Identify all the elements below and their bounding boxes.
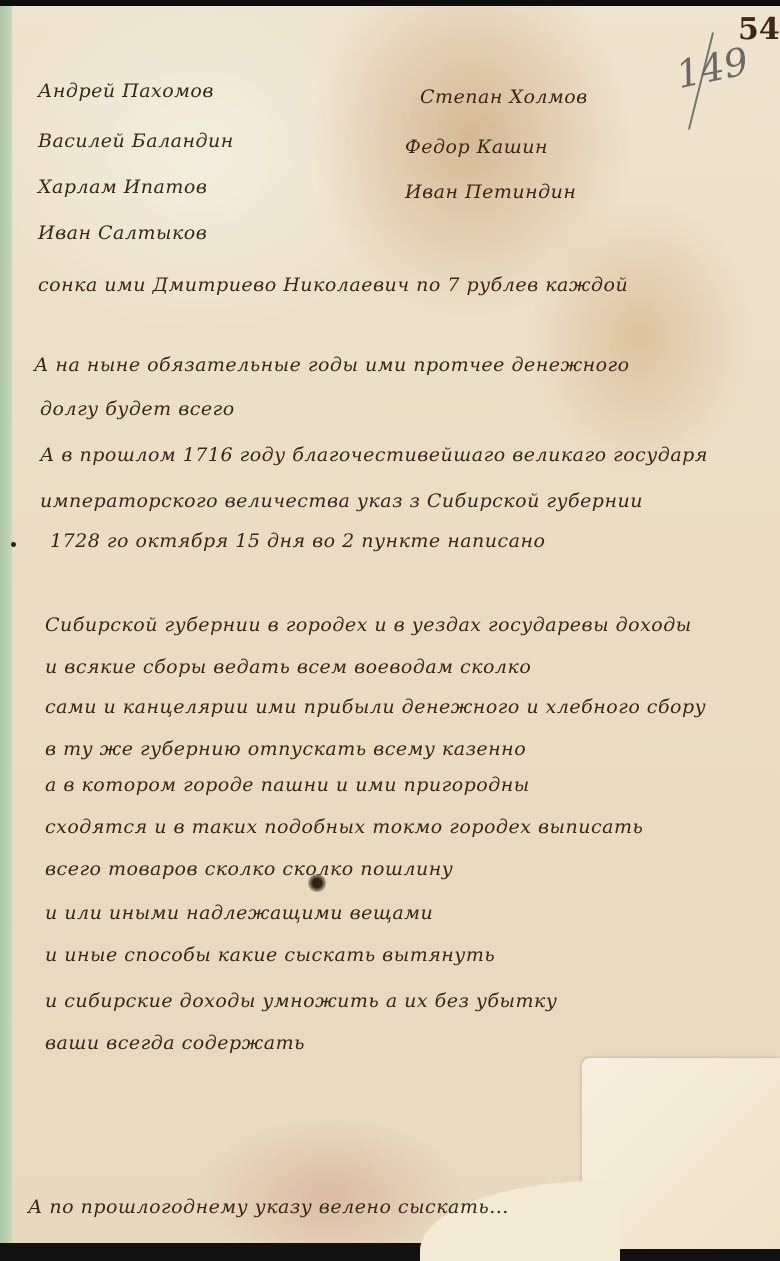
binding-edge	[0, 6, 12, 1243]
text-line-16: и сибирские доходы умножить а их без убы…	[45, 990, 557, 1012]
margin-dot	[11, 542, 16, 547]
folio-number-pencil: 149	[672, 39, 752, 97]
text-line-2: А на ныне обязательные годы ими протчее …	[34, 354, 630, 376]
text-line-15: и иные способы какие сыскать вытянуть	[45, 944, 495, 966]
text-line-13: всего товаров сколко сколко пошлину	[45, 858, 453, 880]
text-line-4: А в прошлом 1716 году благочестивейшаго …	[40, 444, 708, 466]
manuscript-page: 149 54 Андрей Пахомов Василей Баландин Х…	[0, 6, 780, 1243]
text-line-10: в ту же губернию отпускать всему казенно	[45, 738, 526, 760]
folio-number-ink: 54	[738, 12, 780, 47]
text-line-11: а в котором городе пашни и ими пригородн…	[45, 774, 530, 796]
ink-blot	[308, 874, 326, 892]
text-line-5: императорского величества указ з Сибирск…	[40, 490, 643, 512]
text-line-12: сходятся и в таких подобных токмо городе…	[45, 816, 643, 838]
name-right-2: Федор Кашин	[405, 136, 548, 158]
text-line-17: ваши всегда содержать	[45, 1032, 305, 1054]
name-left-4: Иван Салтыков	[38, 222, 207, 244]
text-line-14: и или иными надлежащими вещами	[45, 902, 433, 924]
text-line-6: 1728 го октября 15 дня во 2 пункте напис…	[50, 530, 545, 552]
text-line-1: сонка ими Дмитриево Николаевич по 7 рубл…	[38, 274, 628, 296]
name-right-3: Иван Петиндин	[405, 181, 576, 203]
name-left-1: Андрей Пахомов	[38, 80, 214, 102]
name-right-1: Степан Холмов	[420, 86, 588, 108]
text-line-18: А по прошлогоднему указу велено сыскать.…	[28, 1196, 509, 1218]
text-line-3: долгу будет всего	[40, 398, 235, 420]
name-left-3: Харлам Ипатов	[38, 176, 207, 198]
text-line-8: и всякие сборы ведать всем воеводам скол…	[45, 656, 531, 678]
text-line-7: Сибирской губернии в городех и в уездах …	[45, 614, 692, 636]
text-line-9: сами и канцелярии ими прибыли денежного …	[45, 696, 706, 718]
name-left-2: Василей Баландин	[38, 130, 234, 152]
